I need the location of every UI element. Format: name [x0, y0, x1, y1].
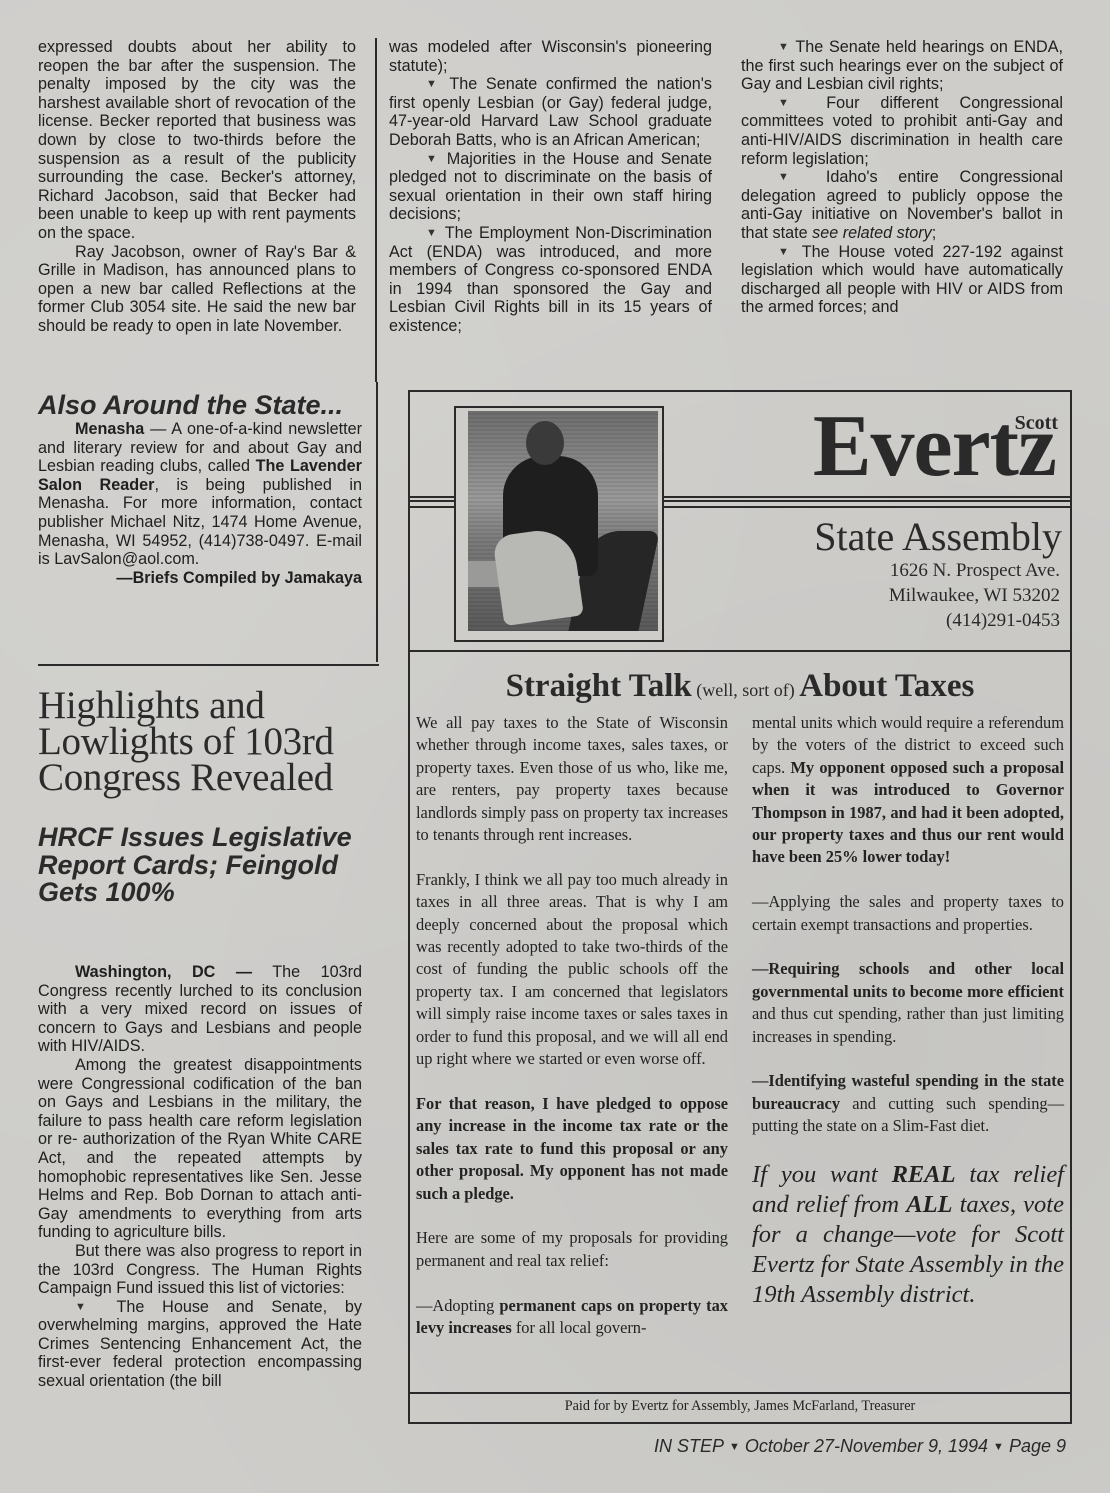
article-continuation-bar-story: expressed doubts about her ability to re…	[38, 38, 356, 336]
paragraph: Ray Jacobson, owner of Ray's Bar & Grill…	[38, 243, 356, 336]
column-divider	[376, 382, 378, 662]
also-around-the-state-brief: Also Around the State... Menasha — A one…	[38, 391, 362, 587]
paragraph: But there was also progress to report in…	[38, 1242, 362, 1298]
section-heading: Also Around the State...	[38, 391, 362, 420]
double-rule	[662, 496, 1070, 508]
triangle-bullet-icon: ▼	[778, 246, 793, 258]
candidate-photo	[468, 411, 658, 631]
bullet-item: ▼ The Senate confirmed the nation's firs…	[389, 75, 712, 149]
dateline: Washington, DC —	[75, 963, 252, 981]
paragraph: Menasha — A one-of-a-kind newsletter and…	[38, 420, 362, 569]
paragraph: —Requiring schools and other local gover…	[752, 958, 1064, 1048]
publication-name: IN STEP	[654, 1436, 724, 1456]
article-subheadline: HRCF Issues Legislative Report Cards; Fe…	[38, 824, 368, 907]
ad-closing-statement: If you want REAL tax relief and relief f…	[752, 1160, 1064, 1310]
article-headline: Highlights and Lowlights of 103rd Congre…	[38, 688, 378, 796]
double-rule	[410, 496, 454, 508]
paragraph: Here are some of my proposals for provid…	[416, 1227, 728, 1272]
paragraph: Frankly, I think we all pay too much alr…	[416, 869, 728, 1071]
triangle-bullet-icon: ▼	[75, 1301, 99, 1313]
triangle-separator-icon: ▼	[729, 1441, 740, 1453]
bullet-item: ▼ Idaho's entire Congressional delegatio…	[741, 168, 1063, 242]
bullet-item: ▼ The Employment Non-Discrimination Act …	[389, 224, 712, 336]
bullet-item: ▼ Majorities in the House and Senate ple…	[389, 150, 712, 224]
section-divider	[38, 664, 379, 666]
triangle-bullet-icon: ▼	[426, 78, 441, 90]
triangle-bullet-icon: ▼	[426, 153, 440, 165]
address-line-2: Milwaukee, WI 53202	[889, 585, 1060, 607]
column-divider	[375, 38, 377, 382]
page-number: Page 9	[1009, 1436, 1066, 1456]
phone-number: (414)291-0453	[946, 610, 1060, 632]
page-footer: IN STEP▼October 27-November 9, 1994▼Page…	[654, 1436, 1066, 1457]
office-sought: State Assembly	[814, 516, 1062, 558]
bullet-item: ▼ The House and Senate, by overwhelming …	[38, 1298, 362, 1391]
candidate-first-name: Scott	[1015, 412, 1058, 435]
bullet-item: ▼ The House voted 227-192 against legisl…	[741, 243, 1063, 317]
paragraph: —Adopting permanent caps on property tax…	[416, 1295, 728, 1340]
paragraph: For that reason, I have pledged to oppos…	[416, 1093, 728, 1205]
ad-divider	[410, 650, 1070, 652]
see-related-story-ref: see related story	[812, 224, 932, 242]
paragraph: We all pay taxes to the State of Wiscons…	[416, 712, 728, 846]
campaign-advertisement: Evertz Scott State Assembly 1626 N. Pros…	[408, 390, 1072, 1424]
triangle-bullet-icon: ▼	[778, 97, 805, 109]
article-body: Washington, DC — The 103rd Congress rece…	[38, 963, 362, 1391]
triangle-separator-icon: ▼	[993, 1441, 1004, 1453]
paragraph: mental units which would require a refer…	[752, 712, 1064, 869]
ad-divider	[410, 1392, 1070, 1394]
article-continuation-victories-2: ▼ The Senate held hearings on ENDA, the …	[741, 38, 1063, 317]
bullet-item: ▼ The Senate held hearings on ENDA, the …	[741, 38, 1063, 94]
issue-date: October 27-November 9, 1994	[745, 1436, 988, 1456]
ad-disclaimer: Paid for by Evertz for Assembly, James M…	[410, 1398, 1070, 1415]
address-line-1: 1626 N. Prospect Ave.	[890, 560, 1060, 582]
triangle-bullet-icon: ▼	[778, 41, 790, 53]
paragraph: —Identifying wasteful spending in the st…	[752, 1070, 1064, 1137]
triangle-bullet-icon: ▼	[426, 227, 439, 239]
paragraph: was modeled after Wisconsin's pioneering…	[389, 38, 712, 75]
ad-title: Straight Talk (well, sort of) About Taxe…	[410, 668, 1070, 705]
ad-body-right: mental units which would require a refer…	[752, 712, 1064, 1332]
paragraph: expressed doubts about her ability to re…	[38, 38, 356, 243]
article-continuation-victories-1: was modeled after Wisconsin's pioneering…	[389, 38, 712, 336]
dateline: Menasha	[75, 420, 144, 438]
ad-body-left: We all pay taxes to the State of Wiscons…	[416, 712, 728, 1362]
paragraph: Washington, DC — The 103rd Congress rece…	[38, 963, 362, 1056]
bullet-item: ▼ Four different Congressional committee…	[741, 94, 1063, 168]
triangle-bullet-icon: ▼	[778, 171, 805, 183]
candidate-photo-frame	[454, 406, 664, 642]
paragraph: Among the greatest disappointments were …	[38, 1056, 362, 1242]
paragraph: —Applying the sales and property taxes t…	[752, 891, 1064, 936]
byline: —Briefs Compiled by Jamakaya	[38, 569, 362, 588]
